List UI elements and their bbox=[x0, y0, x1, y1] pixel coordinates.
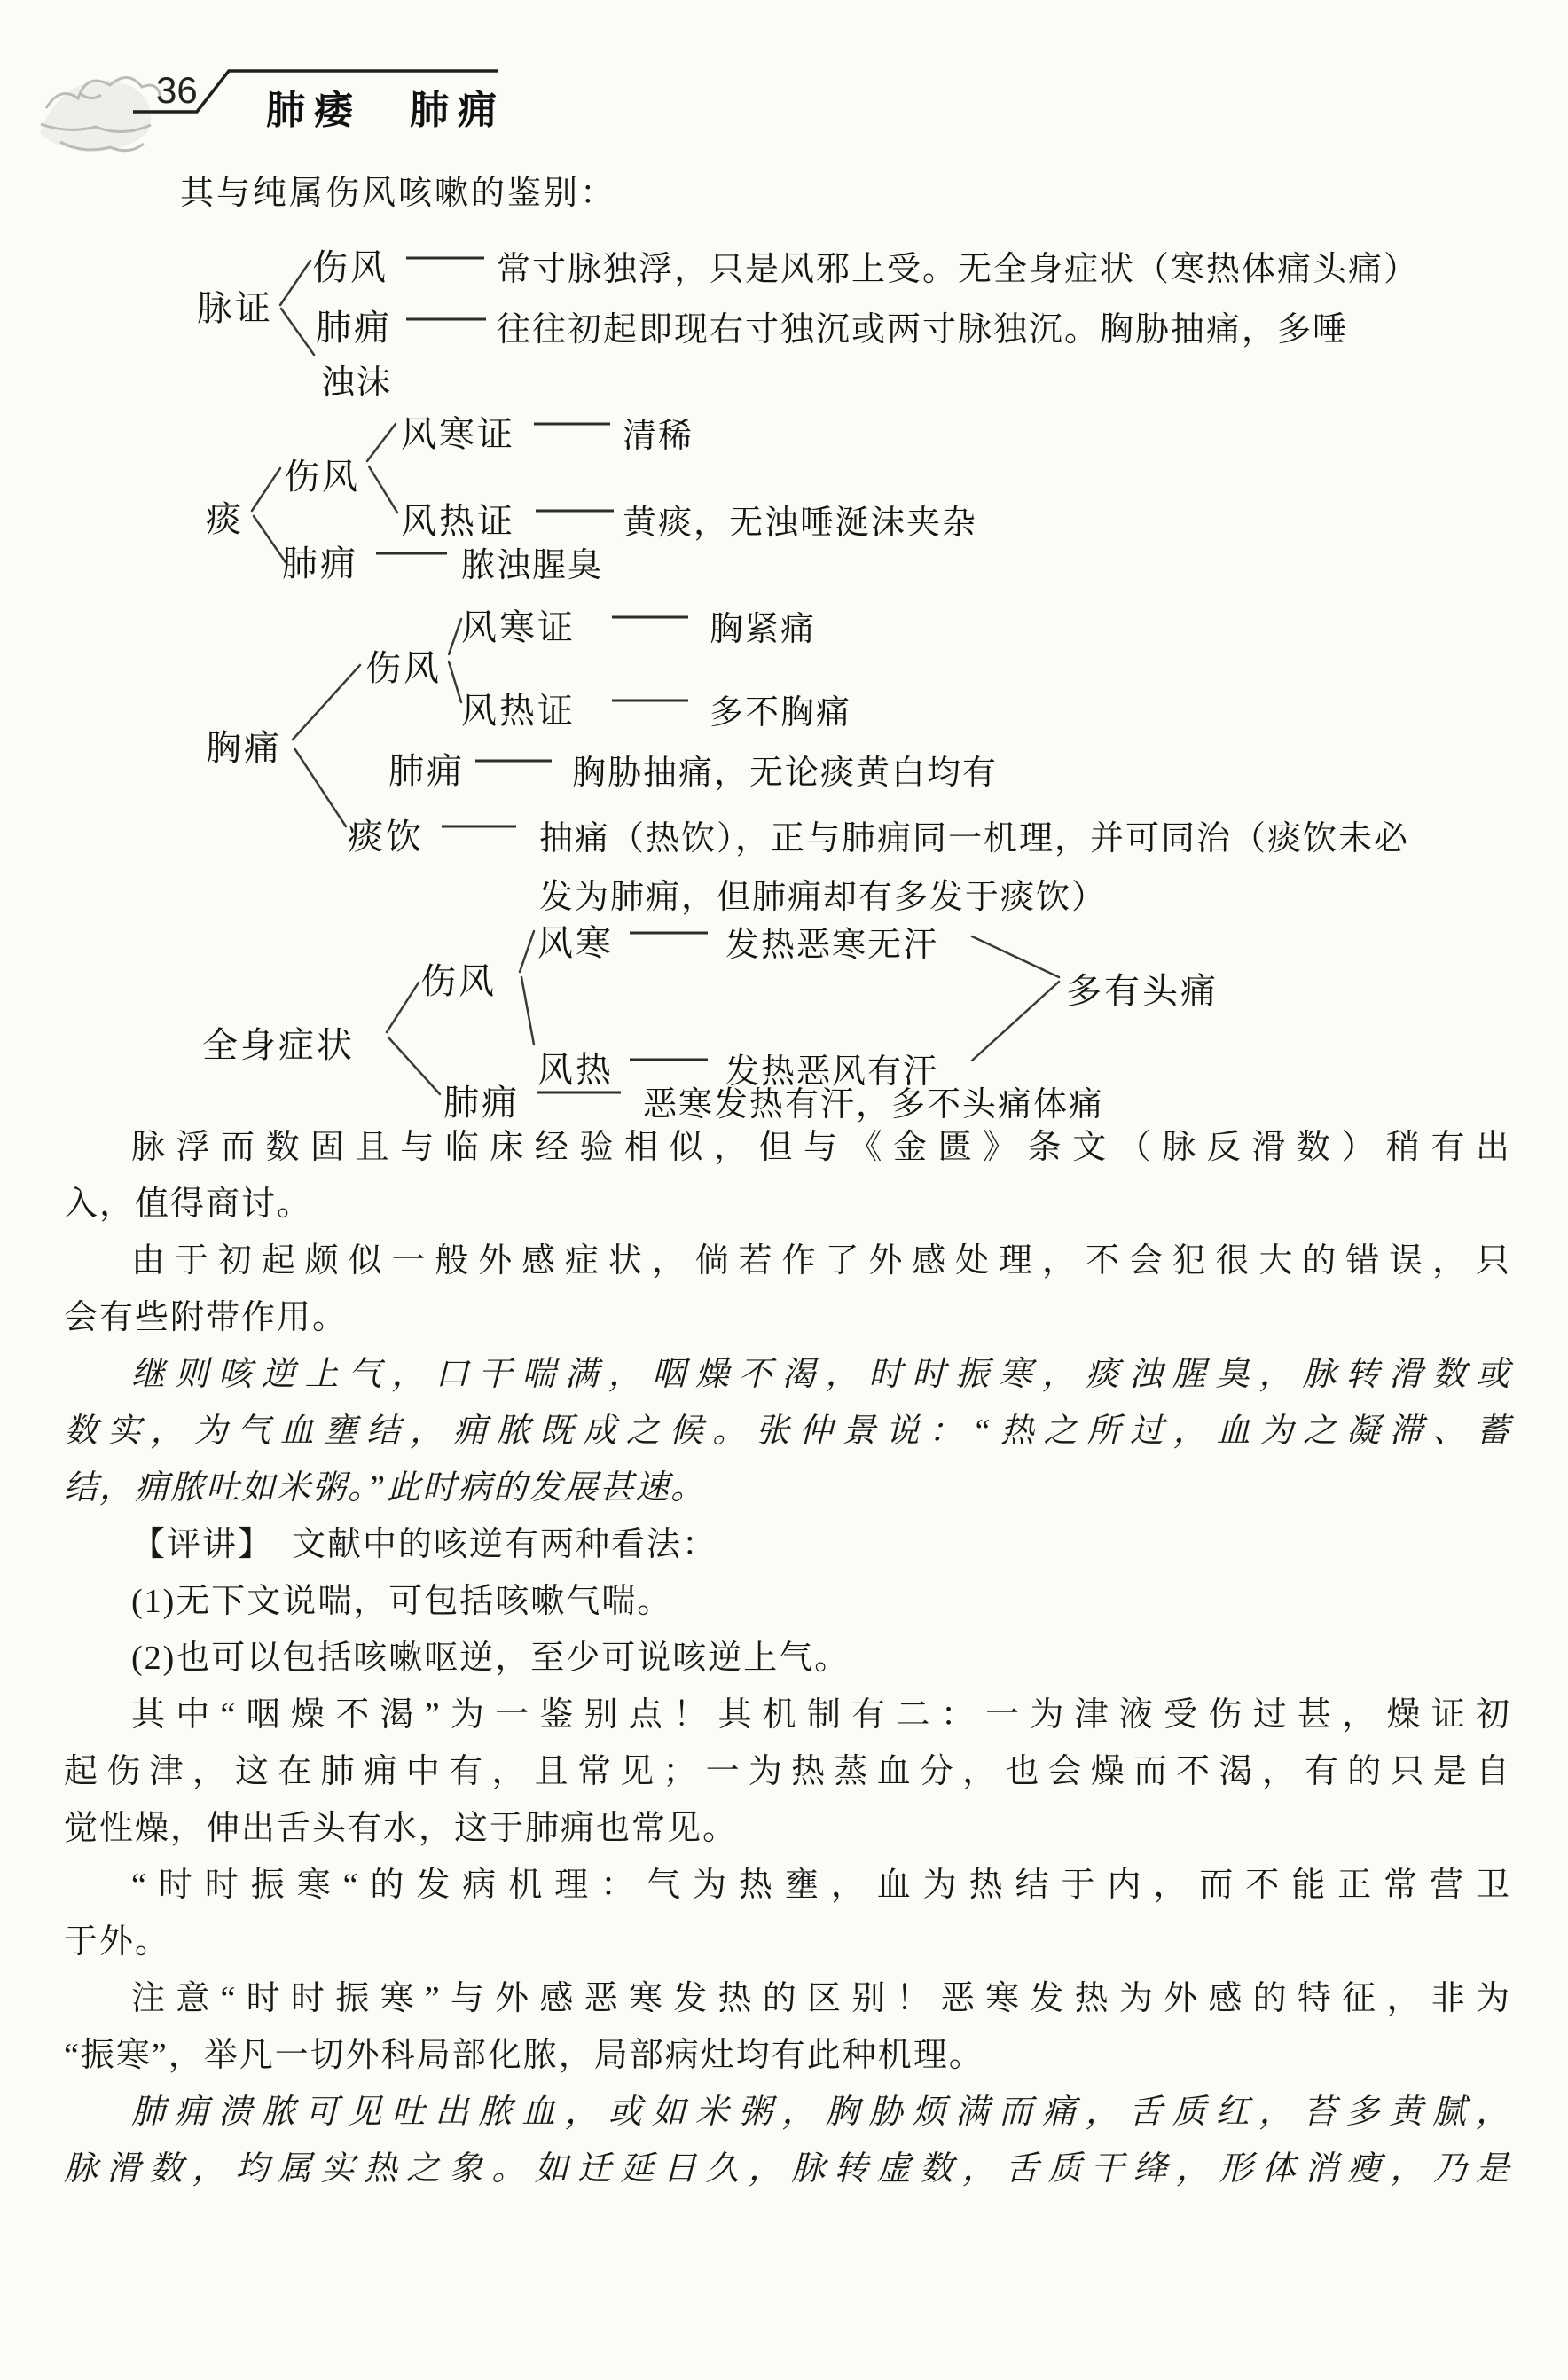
s1-label: 脉证 bbox=[197, 280, 273, 331]
paragraph-line: “振寒”，举凡一切外科局部化脓，局部病灶均有此种机理。 bbox=[64, 2027, 1511, 2084]
paragraph-line: 结，痈脓吐如米粥。”此时病的发展甚速。 bbox=[64, 1460, 1511, 1516]
s4-branch1b-label: 风热 bbox=[537, 1042, 614, 1092]
s2-branch1a-text: 清稀 bbox=[623, 408, 694, 457]
paragraph-line: 脉浮而数固且与临床经验相似，但与《金匮》条文（脉反滑数）稍有出 bbox=[64, 1119, 1511, 1176]
s4-label: 全身症状 bbox=[202, 1017, 355, 1068]
book-page: 36 肺痿 肺痈 其与纯属伤风咳嗽的鉴别： 脉证 伤风 常寸脉独浮，只是风邪上受… bbox=[0, 0, 1568, 2380]
paragraph-line: (2)也可以包括咳嗽呕逆，至少可说咳逆上气。 bbox=[64, 1630, 1511, 1687]
s3-branch3-label: 痰饮 bbox=[348, 809, 424, 859]
paragraph-line: “时时振寒“的发病机理：气为热壅，血为热结于内，而不能正常营卫 bbox=[64, 1857, 1511, 1914]
s3-branch1-label: 伤风 bbox=[365, 640, 442, 691]
s3-branch2-text: 胸胁抽痛，无论痰黄白均有 bbox=[572, 745, 998, 794]
paragraph-line: 觉性燥，伸出舌头有水，这于肺痈也常见。 bbox=[64, 1800, 1511, 1857]
s1-branch2-label: 肺痈 bbox=[316, 300, 392, 350]
s3-label: 胸痛 bbox=[206, 720, 282, 771]
s2-label: 痰 bbox=[206, 491, 244, 542]
paragraph-line: (1)无下文说喘，可包括咳嗽气喘。 bbox=[64, 1573, 1511, 1630]
decorative-sketch bbox=[40, 77, 161, 150]
s2-branch1b-text: 黄痰，无浊唾涎沫夹杂 bbox=[623, 495, 977, 544]
s1-branch2-text: 往往初起即现右寸独沉或两寸脉独沉。胸胁抽痛，多唾 bbox=[497, 301, 1348, 350]
s2-branch2-label: 肺痈 bbox=[282, 536, 358, 586]
paragraph-line: 于外。 bbox=[64, 1914, 1511, 1970]
s3-branch1b-label: 风热证 bbox=[461, 683, 576, 733]
paragraph-line: 入，值得商讨。 bbox=[64, 1176, 1511, 1233]
s4-branch1-label: 伤风 bbox=[420, 953, 497, 1004]
s3-branch3-continuation: 发为肺痈，但肺痈却有多发于痰饮） bbox=[539, 869, 1107, 918]
s1-branch1-label: 伤风 bbox=[312, 239, 388, 290]
page-number: 36 bbox=[156, 69, 198, 112]
paragraph-line: 起伤津，这在肺痈中有，且常见；一为热蒸血分，也会燥而不渴，有的只是自 bbox=[64, 1743, 1511, 1800]
s4-branch1a-label: 风寒 bbox=[537, 915, 614, 966]
s2-branch1b-label: 风热证 bbox=[401, 493, 515, 544]
paragraph-line: 继则咳逆上气，口干喘满，咽燥不渴，时时振寒，痰浊腥臭，脉转滑数或 bbox=[64, 1346, 1511, 1403]
s4-branch2-label: 肺痈 bbox=[443, 1075, 520, 1125]
s3-branch2-label: 肺痈 bbox=[388, 743, 465, 794]
paragraph-line: 会有些附带作用。 bbox=[64, 1289, 1511, 1346]
s4-merge-text: 多有头痛 bbox=[1066, 963, 1219, 1014]
paragraph-line: 其中“咽燥不渴”为一鉴别点！其机制有二：一为津液受伤过甚，燥证初 bbox=[64, 1687, 1511, 1743]
s4-branch2-text: 恶寒发热有汗，多不头痛体痛 bbox=[643, 1076, 1104, 1125]
intro-line: 其与纯属伤风咳嗽的鉴别： bbox=[180, 165, 616, 214]
paragraph-line: 数实，为气血壅结，痈脓既成之候。张仲景说：“热之所过，血为之凝滞、蓄 bbox=[64, 1403, 1511, 1460]
s1-branch1-text: 常寸脉独浮，只是风邪上受。无全身症状（寒热体痛头痛） bbox=[497, 241, 1419, 290]
s2-branch2-text: 脓浊腥臭 bbox=[461, 537, 603, 586]
s2-branch1-label: 伤风 bbox=[284, 449, 360, 499]
paragraph-line: 【评讲】 文献中的咳逆有两种看法： bbox=[64, 1516, 1511, 1573]
chapter-title: 肺痿 肺痈 bbox=[266, 78, 506, 135]
s4-branch1a-text: 发热恶寒无汗 bbox=[725, 917, 938, 966]
paragraph-line: 注意“时时振寒”与外感恶寒发热的区别！恶寒发热为外感的特征，非为 bbox=[64, 1970, 1511, 2027]
s3-branch1a-text: 胸紧痛 bbox=[710, 601, 816, 650]
paragraph-line: 脉滑数，均属实热之象。如迁延日久，脉转虚数，舌质干绛，形体消瘦，乃是 bbox=[64, 2141, 1511, 2197]
paragraph-line: 由于初起颇似一般外感症状，倘若作了外感处理，不会犯很大的错误，只 bbox=[64, 1233, 1511, 1289]
body-text: 脉浮而数固且与临床经验相似，但与《金匮》条文（脉反滑数）稍有出 入，值得商讨。 … bbox=[64, 1119, 1511, 2197]
s1-branch2-continuation: 浊沫 bbox=[321, 355, 392, 403]
s3-branch1a-label: 风寒证 bbox=[461, 599, 576, 650]
s2-branch1a-label: 风寒证 bbox=[401, 406, 515, 457]
s3-branch1b-text: 多不胸痛 bbox=[710, 685, 851, 733]
paragraph-line: 肺痈溃脓可见吐出脓血，或如米粥，胸胁烦满而痛，舌质红，苔多黄腻， bbox=[64, 2084, 1511, 2141]
s3-branch3-text: 抽痛（热饮），正与肺痈同一机理，并可同治（痰饮未必 bbox=[539, 810, 1409, 859]
